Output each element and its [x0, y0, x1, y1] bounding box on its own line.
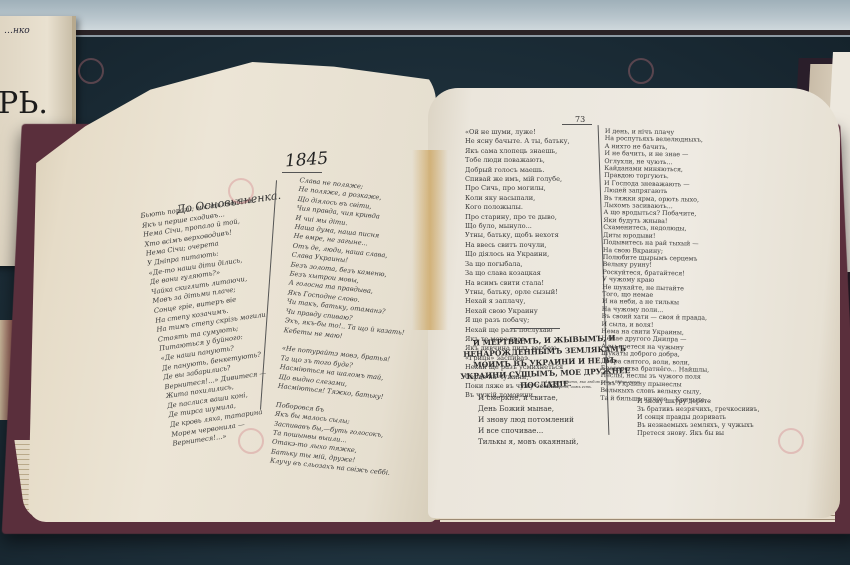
left-book-signature: …нко: [4, 26, 30, 36]
left-book-title: РЬ.: [0, 86, 48, 121]
display-case-edge: [0, 30, 850, 37]
page-number-rule: [562, 124, 592, 125]
watermark-logo-icon: [228, 178, 254, 204]
watermark-logo-icon: [778, 428, 804, 454]
year-heading: 1845: [284, 149, 329, 172]
display-case-shelf: [0, 0, 850, 30]
watermark-logo-icon: [628, 58, 654, 84]
year-rule: [282, 172, 322, 173]
book-gutter-stain: [412, 150, 448, 330]
watermark-logo-icon: [78, 58, 104, 84]
page-number: 73: [575, 115, 585, 124]
watermark-logo-icon: [238, 428, 264, 454]
right-page-column-1-bottom: И смеркне, и свитае, День Божий мынае, И…: [478, 392, 579, 447]
right-page-column-2-bottom: И знову шкуру дерете Зъ бративъ незрячих…: [637, 398, 759, 438]
right-page-column-2: И день, и нiчъ плачу На роспутьяхъ велел…: [600, 128, 715, 404]
section-separator: [510, 328, 560, 329]
